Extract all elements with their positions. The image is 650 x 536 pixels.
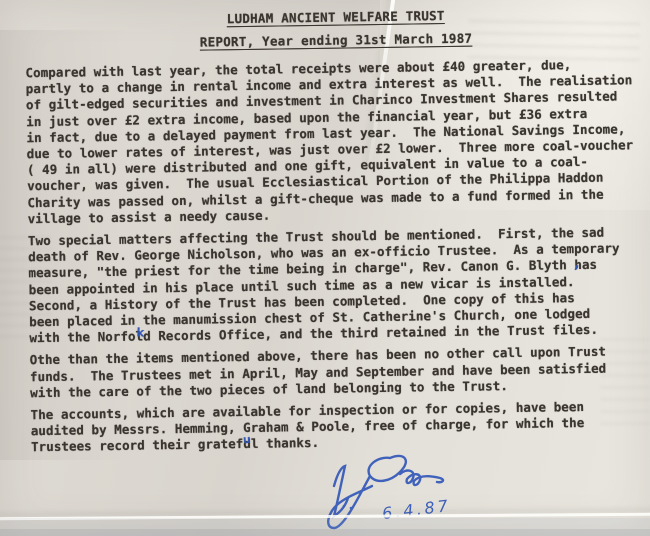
scanned-document: LUDHAM ANCIENT WELFARE TRUST REPORT, Yea…	[0, 0, 650, 536]
signature-ink	[320, 450, 470, 535]
document-title: LUDHAM ANCIENT WELFARE TRUST	[25, 4, 647, 30]
ink-correction-u: u	[242, 433, 251, 447]
paragraph-2: Two special matters affecting the Trust …	[28, 224, 650, 347]
document-subtitle: REPORT, Year ending 31st March 1987	[25, 27, 647, 53]
paragraph-3: Othe than the items mentioned above, the…	[30, 343, 650, 401]
ink-correction-k: k	[136, 325, 145, 339]
paragraph-4: The accounts, which are available for in…	[30, 398, 650, 456]
paragraph-1: Compared with last year, the total recei…	[25, 56, 649, 227]
